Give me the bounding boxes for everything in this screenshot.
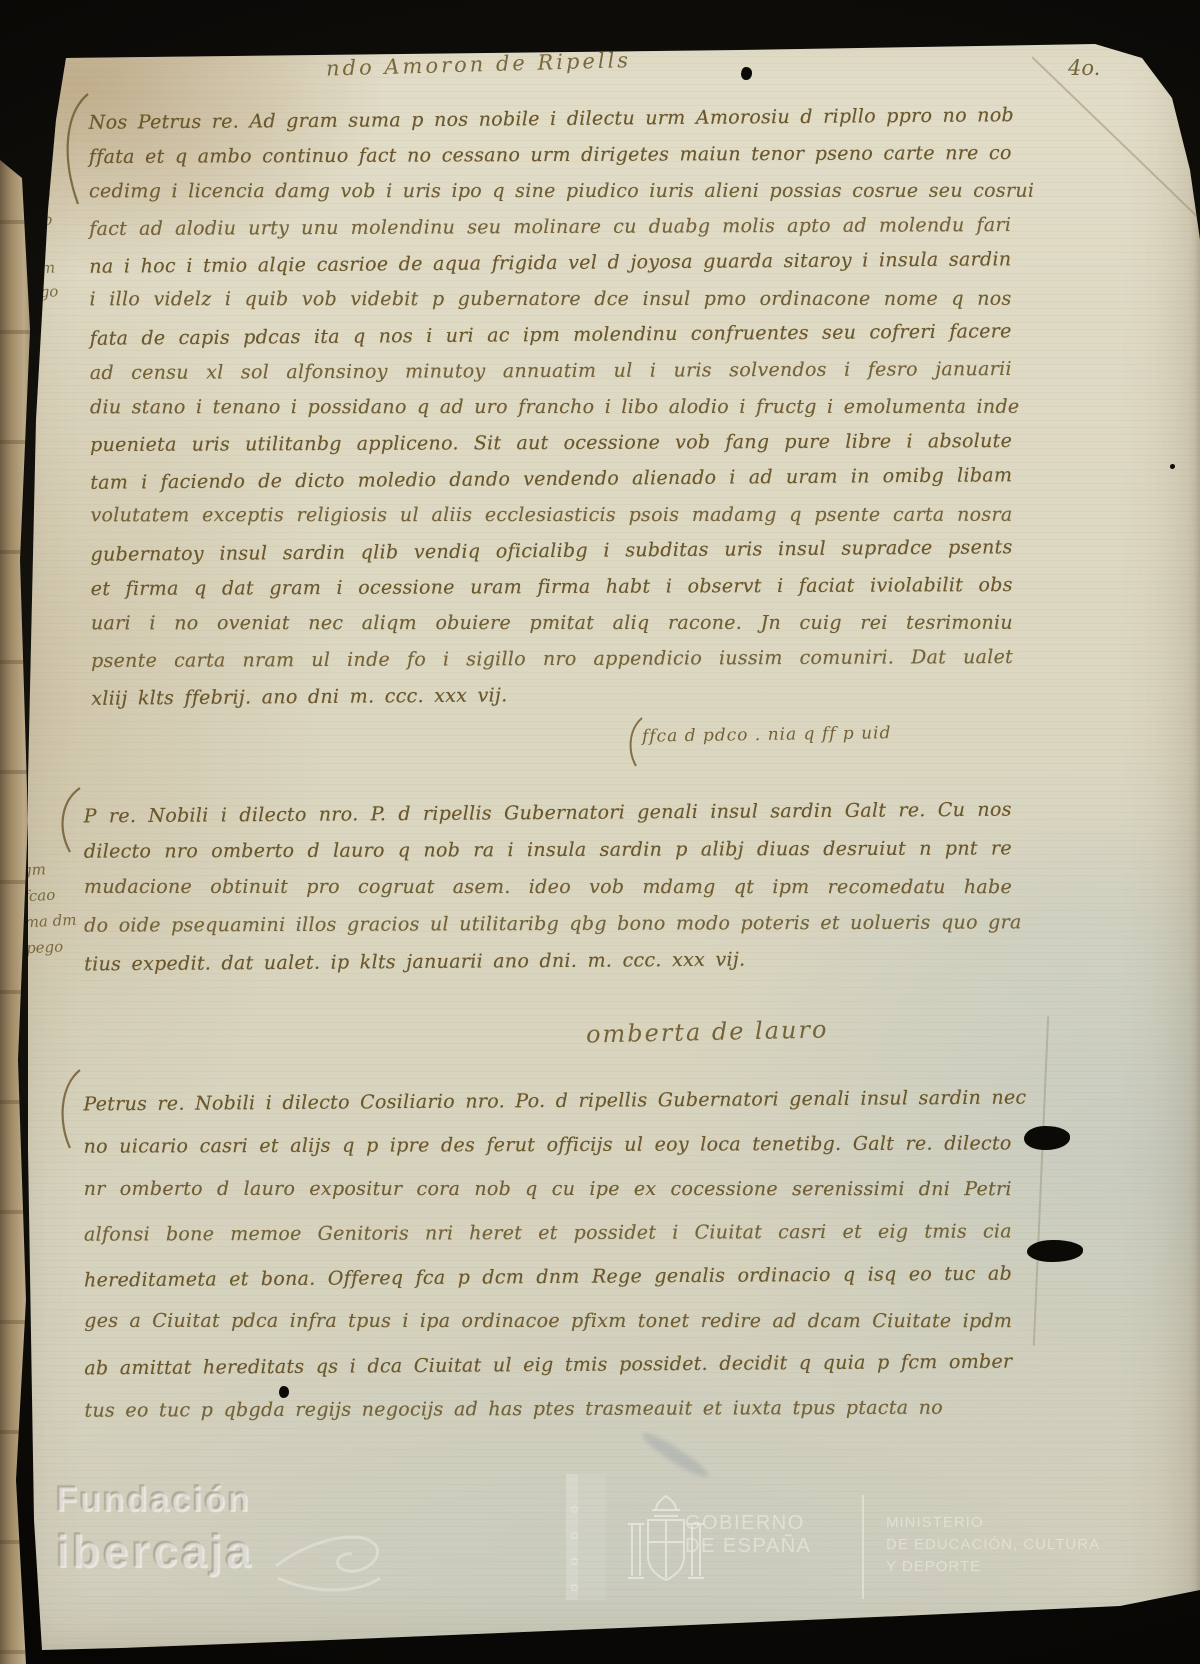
header-catchword: ndo Amoron de Ripells [326,47,657,80]
charter-block-2: P re. Nobili i dilecto nro. P. d ripelli… [84,794,1013,982]
margin-note-line: pego [25,933,78,962]
manuscript-line: no uicario casri et alijs q p ipre des f… [84,1122,1012,1169]
gobierno-line1: GOBIERNO [685,1512,812,1535]
paper-hole [1027,1240,1083,1262]
manuscript-line: fact ad alodiu urty unu molendinu seu mo… [89,208,1011,248]
manuscript-line: tius expedit. dat ualet. ip klts januari… [84,941,1012,985]
manuscript-line: diu stano i tenano i possidano q ad uro … [90,390,1012,426]
page-crease [1031,56,1200,252]
ministerio-line3: Y DEPORTE [886,1556,1100,1578]
paper-hole [1170,464,1175,469]
manuscript-line: ffata et q ambo continuo fact no cessano… [89,136,1011,176]
ministerio-line2: DE EDUCACIÓN, CULTURA [886,1534,1100,1556]
manuscript-line: uari i no oveniat nec aliqm obuiere pmit… [91,606,1013,642]
folio-number: 4o. [1068,56,1100,80]
manuscript-line: dilecto nro omberto d lauro q nob ra i i… [84,831,1012,871]
manuscript-photo: ndo Amoron de Ripells 4o. mefaotadmrgo g… [0,0,1200,1664]
gobierno-line2: DE ESPAÑA [685,1535,812,1558]
margin-note-2: gmfcaoma dmpego [21,855,78,962]
paper-tear-line [1033,1016,1049,1346]
manuscript-line: puenieta uris utilitanbg appliceno. Sit … [90,424,1012,464]
manuscript-line: i illo videlz i quib vob videbit p guber… [90,282,1012,318]
manuscript-line: ab amittat hereditats qs i dca Ciuitat u… [84,1341,1012,1392]
manuscript-line: nr omberto d lauro expositur cora nob q … [84,1168,1012,1212]
gobierno-watermark: GOBIERNO DE ESPAÑA [685,1512,812,1558]
manuscript-line: hereditameta et bona. Offereq fca p dcm … [84,1253,1012,1304]
margin-note-line: ma dm [24,907,77,936]
flag-stars-icon: ✩ ✩ ✩ ✩ [566,1474,606,1600]
watermark-divider [862,1495,864,1599]
manuscript-line: do oide psequamini illos gracios ul util… [84,905,1012,945]
margin-note-line: rgo [32,279,59,304]
manuscript-page: ndo Amoron de Ripells 4o. mefaotadmrgo g… [0,0,1200,1664]
margin-note-line: ta [29,231,56,256]
margin-note-line: dm [31,255,58,280]
chancery-subscription: ffca d pdco . nia q ff p uid [642,721,1022,746]
pencil-smudge [638,1428,711,1482]
manuscript-line: gubernatoy insul sardin qlib vendiq ofic… [90,530,1012,574]
manuscript-line: alfonsi bone memoe Genitoris nri heret e… [84,1210,1012,1257]
manuscript-line: Nos Petrus re. Ad gram suma p nos nobile… [89,98,1011,142]
manuscript-line: ad censu xl sol alfonsinoy minutoy annua… [90,352,1012,392]
ministerio-line1: MINISTERIO [886,1512,1100,1534]
manuscript-line: psente carta nram ul inde fo i sigillo n… [91,640,1013,680]
margin-note-1: mefaotadmrgo [27,183,59,304]
manuscript-line: fata de capis pdcas ita q nos i uri ac i… [90,314,1012,358]
manuscript-line: cedimg i licencia damg vob i uris ipo q … [89,174,1011,210]
ibercaja-watermark-line2: ibercaja [56,1524,254,1578]
manuscript-line: xliij klts ffebrij. ano dni m. ccc. xxx … [91,674,1013,718]
paper-hole [1024,1126,1070,1150]
ministerio-watermark: MINISTERIO DE EDUCACIÓN, CULTURA Y DEPOR… [886,1512,1100,1578]
charter-block-1: Nos Petrus re. Ad gram suma p nos nobile… [89,100,1014,716]
manuscript-line: Petrus re. Nobili i dilecto Cosiliario n… [83,1077,1011,1128]
manuscript-line: volutatem exceptis religiosis ul aliis e… [90,498,1012,534]
ibercaja-watermark-line1: Fundación [56,1480,251,1520]
ibercaja-swirl-icon [272,1520,384,1604]
manuscript-line: ges a Ciuitat pdca infra tpus i ipa ordi… [84,1300,1012,1344]
manuscript-line: et firma q dat gram i ocessione uram fir… [91,568,1013,608]
margin-note-line: fcao [23,881,76,910]
margin-note-line: gm [21,855,74,884]
margin-note-line: me [27,183,54,208]
manuscript-line: tam i faciendo de dicto moledio dando ve… [90,458,1012,502]
paraph-mark [54,786,84,854]
manuscript-line: mudacione obtinuit pro cogruat asem. ide… [84,870,1012,907]
section-heading: omberta de lauro [586,1015,829,1048]
manuscript-line: na i hoc i tmio alqie casrioe de aqua fr… [89,242,1011,286]
margin-note-line: fao [28,207,55,232]
paraph-mark [54,1068,84,1150]
paper-hole [741,67,752,80]
manuscript-line: tus eo tuc p qbgda regijs negocijs ad ha… [84,1386,1012,1433]
charter-block-3: Petrus re. Nobili i dilecto Cosiliario n… [83,1078,1012,1433]
manuscript-line: P re. Nobili i dilecto nro. P. d ripelli… [84,793,1012,837]
